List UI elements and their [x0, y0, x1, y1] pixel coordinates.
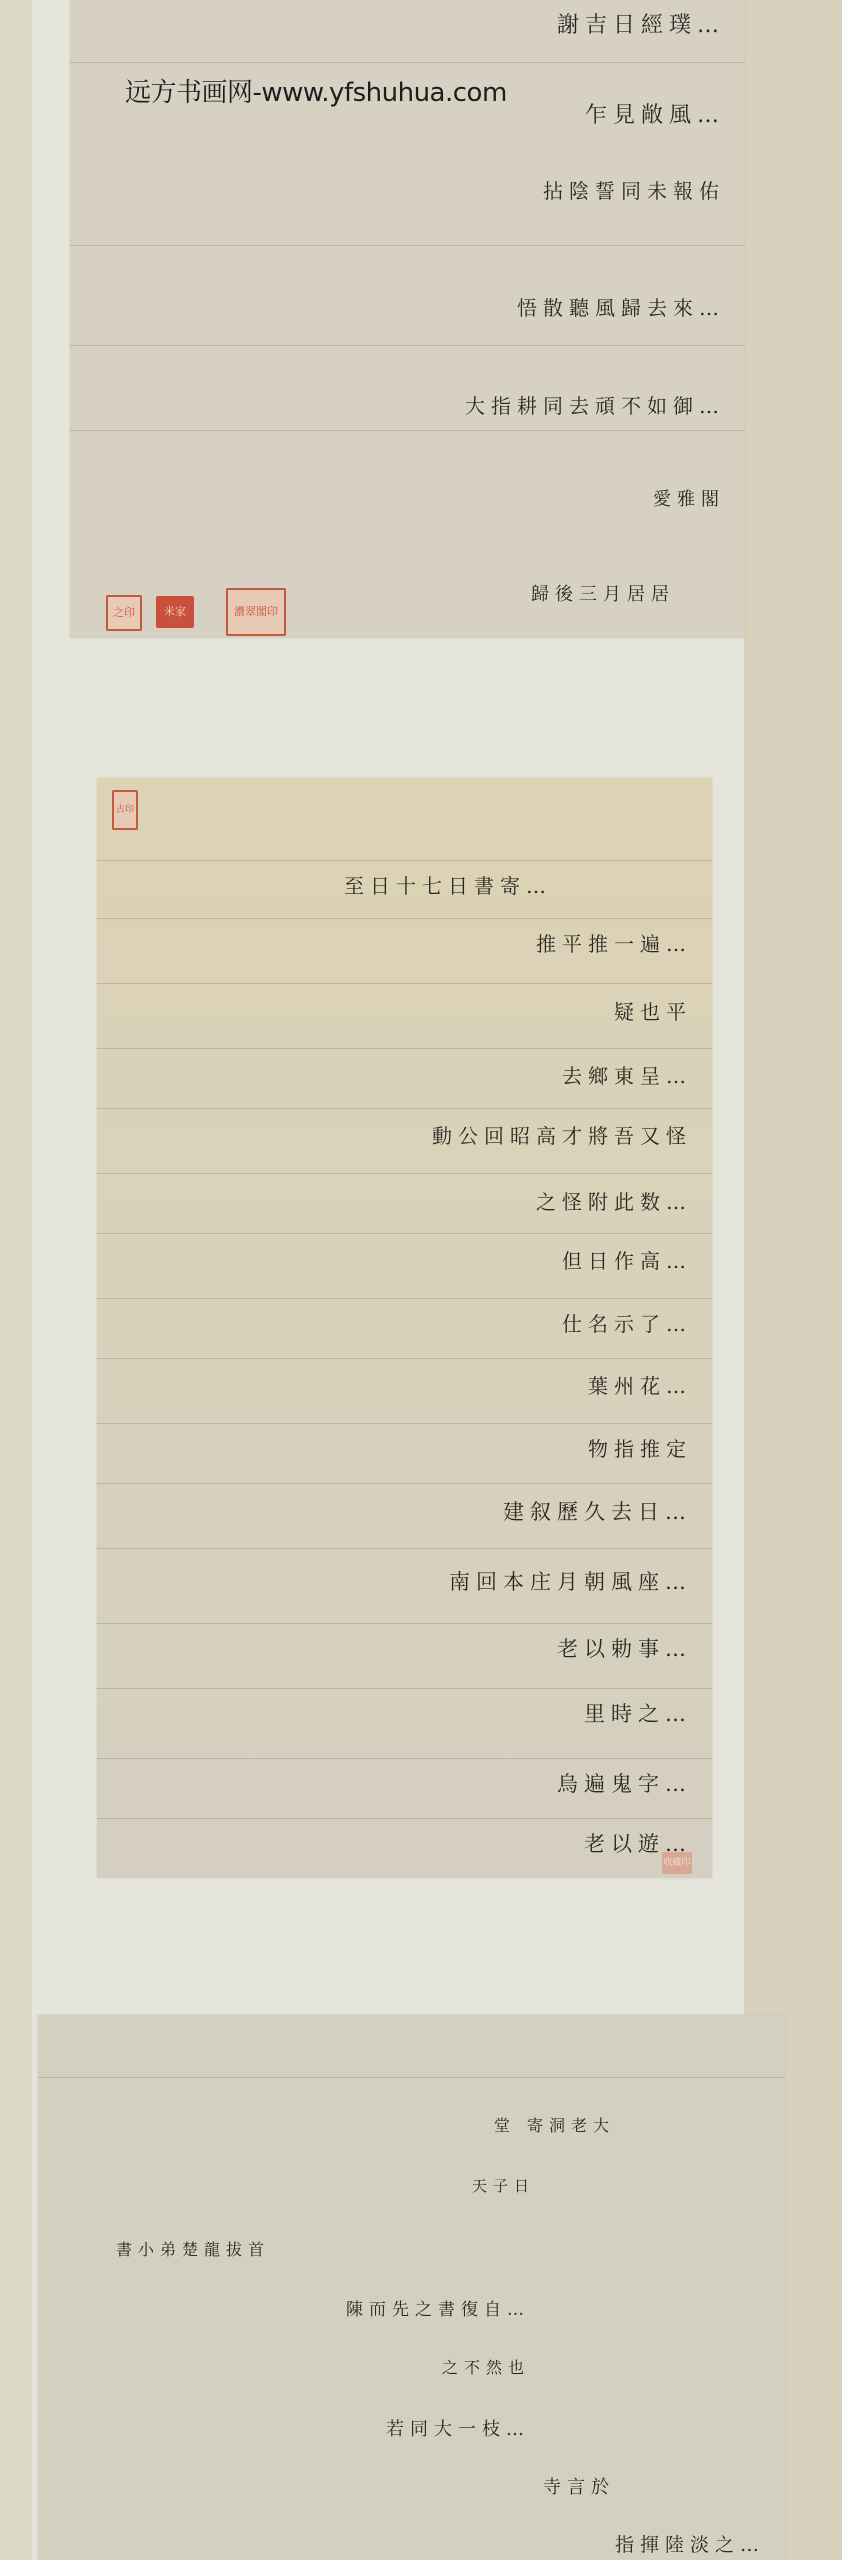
calligraphy-column: 愛雅閣	[653, 485, 725, 511]
calligraphy-column: 里時之…	[584, 1698, 692, 1728]
leaf-rule	[97, 1548, 712, 1549]
leaf-rule	[97, 1758, 712, 1759]
leaf-rule	[97, 1358, 712, 1359]
leaf-rule	[97, 1623, 712, 1624]
calligraphy-column: 寺言於	[543, 2473, 615, 2499]
calligraphy-column: 建叙歷久去日…	[503, 1496, 692, 1526]
calligraphy-column: 大指耕同去頑不如御…	[465, 390, 725, 419]
calligraphy-column: 之怪附此数…	[536, 1186, 692, 1215]
leaf-rule	[97, 860, 712, 861]
calligraphy-leaf-2: 古印 至日十七日書寄… 推平推一遍… 疑也平 去鄉東呈… 動公回昭高才將吾又怪 …	[97, 778, 712, 1878]
calligraphy-column: 物指推定	[588, 1433, 692, 1462]
leaf-rule	[97, 983, 712, 984]
leaf-rule	[97, 1173, 712, 1174]
calligraphy-column: 若同大一枝…	[386, 2415, 530, 2441]
seal-top-left: 古印	[112, 790, 138, 830]
leaf-rule	[97, 918, 712, 919]
leaf-rule	[70, 345, 745, 346]
leaf-rule	[97, 1048, 712, 1049]
calligraphy-column: 老以勅事…	[557, 1633, 692, 1663]
calligraphy-column: 書小弟楚龍拔首	[116, 2237, 270, 2260]
calligraphy-column: 乍見敞風…	[585, 98, 725, 129]
leaf-rule	[97, 1483, 712, 1484]
site-watermark: 远方书画网-www.yfshuhua.com	[125, 72, 507, 109]
leaf-rule	[97, 1688, 712, 1689]
calligraphy-column: 悟散聽風歸去來…	[517, 292, 725, 321]
seal-square: 米家	[156, 596, 194, 628]
calligraphy-column: 至日十七日書寄…	[344, 870, 552, 899]
calligraphy-column: 烏遍鬼字…	[557, 1768, 692, 1798]
calligraphy-column: 堂 寄洞老大	[494, 2113, 615, 2136]
calligraphy-column: 但日作高…	[562, 1245, 692, 1274]
background-left-strip	[0, 0, 32, 2560]
calligraphy-column: 仕名示了…	[562, 1308, 692, 1337]
leaf-rule	[97, 1423, 712, 1424]
leaf-rule	[70, 245, 745, 246]
leaf-rule	[38, 2077, 785, 2078]
leaf-rule	[97, 1298, 712, 1299]
seal-collector-large: 濃翠閣印	[226, 588, 286, 636]
calligraphy-column: 拈陰誓同未報佑	[543, 175, 725, 204]
leaf-rule	[97, 1233, 712, 1234]
leaf-rule	[70, 62, 745, 63]
seal-bottom-right: 收藏印	[662, 1852, 692, 1874]
calligraphy-column: 動公回昭高才將吾又怪	[432, 1120, 692, 1149]
calligraphy-column: 指揮陸淡之…	[615, 2530, 765, 2557]
calligraphy-column: 去鄉東呈…	[562, 1060, 692, 1089]
calligraphy-column: 葉州花…	[588, 1370, 692, 1399]
leaf-rule	[70, 430, 745, 431]
seal-small-round: 之印	[106, 595, 142, 631]
calligraphy-column: 謝吉日經璞…	[557, 8, 725, 39]
calligraphy-column: 疑也平	[614, 996, 692, 1025]
calligraphy-column: 天子日	[472, 2175, 535, 2196]
calligraphy-column: 推平推一遍…	[536, 928, 692, 957]
calligraphy-column: 陳而先之書復自…	[346, 2295, 530, 2320]
calligraphy-column: 之不然也	[442, 2355, 530, 2378]
calligraphy-column: 南回本庄月朝風座…	[449, 1566, 692, 1596]
calligraphy-column: 歸後三月居居	[531, 580, 675, 606]
calligraphy-leaf-3: 堂 寄洞老大 天子日 書小弟楚龍拔首 陳而先之書復自… 之不然也 若同大一枝… …	[38, 2015, 785, 2560]
leaf-rule	[97, 1818, 712, 1819]
leaf-rule	[97, 1108, 712, 1109]
